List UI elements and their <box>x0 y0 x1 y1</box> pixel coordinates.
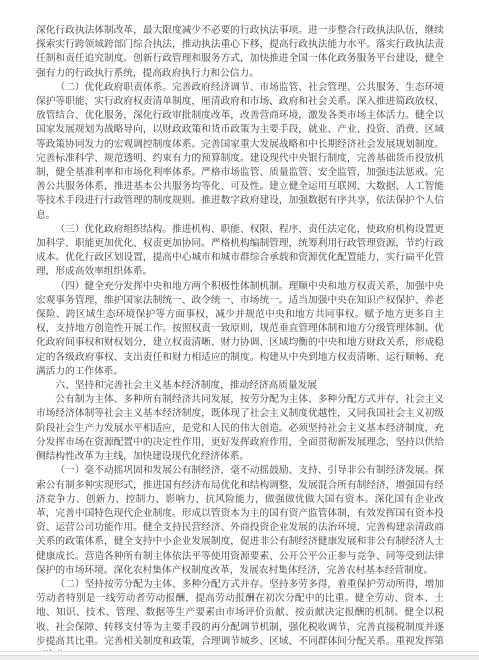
paragraph-item-4-central-local: （四）健全充分发挥中央和地方两个积极性体制机制。理顺中央和地方权责关系，加强中央… <box>36 280 444 379</box>
next-page-edge <box>0 655 479 660</box>
document-page: 深化行政执法体制改革，最大限度减少不必要的行政执法事项。进一步整合行政执法队伍，… <box>0 0 479 652</box>
paragraph-item-2-government-duties: （二）优化政府职责体系。完善政府经济调节、市场监管、社会管理、公共服务、生态环境… <box>36 81 444 223</box>
paragraph-item-3-government-structure: （三）优化政府组织结构。推进机构、职能、权限、程序、责任法定化，使政府机构设置更… <box>36 223 444 280</box>
section-heading-six: 六、坚持和完善社会主义基本经济制度，推动经济高质量发展 <box>36 379 444 393</box>
paragraph-item-2-distribution: （二）坚持按劳分配为主体、多种分配方式并存。坚持多劳多得，着重保护劳动所得，增加… <box>36 578 444 652</box>
paragraph-basic-economic-system: 公有制为主体、多种所有制经济共同发展，按劳分配为主体、多种分配方式并存，社会主义… <box>36 393 444 464</box>
document-viewer: 深化行政执法体制改革，最大限度减少不必要的行政执法事项。进一步整合行政执法队伍，… <box>0 0 479 660</box>
paragraph-continuation: 深化行政执法体制改革，最大限度减少不必要的行政执法事项。进一步整合行政执法队伍，… <box>36 24 444 81</box>
paragraph-item-1-public-ownership: （一）毫不动摇巩固和发展公有制经济，毫不动摇鼓励、支持、引导非公有制经济发展。探… <box>36 464 444 578</box>
